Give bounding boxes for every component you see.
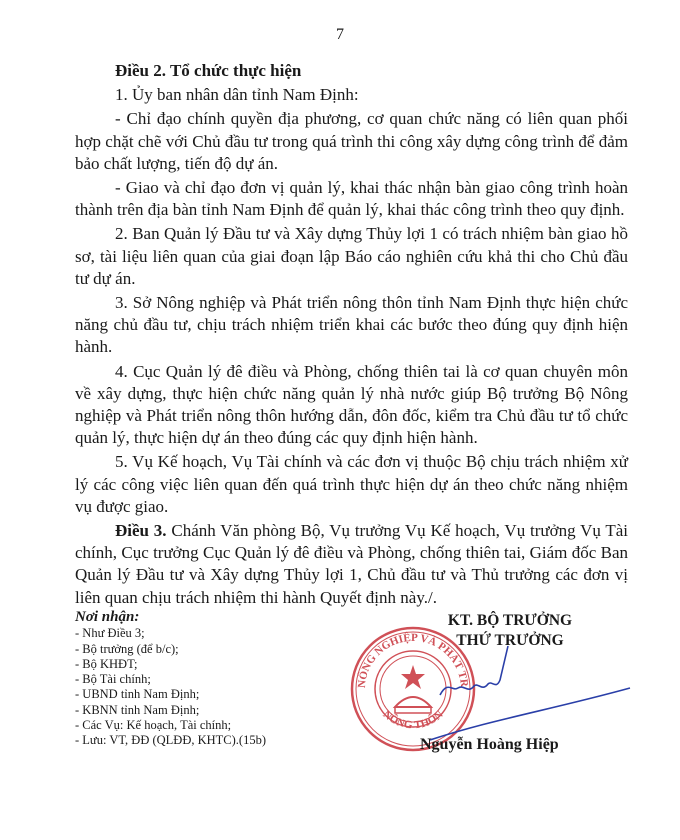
recipient-item: - Các Vụ: Kế hoạch, Tài chính;: [75, 718, 266, 733]
recipient-item: - Bộ KHĐT;: [75, 657, 266, 672]
recipients-title: Nơi nhận:: [75, 610, 266, 625]
recipient-item: - Lưu: VT, ĐĐ (QLĐĐ, KHTC).(15b): [75, 733, 266, 748]
signer-name: Nguyễn Hoàng Hiệp: [420, 736, 559, 754]
recipient-item: - Như Điều 3;: [75, 626, 266, 641]
signer-position-line1: KT. BỘ TRƯỞNG: [410, 611, 610, 631]
article-2-heading: Điều 2. Tổ chức thực hiện: [75, 60, 628, 82]
recipient-item: - UBND tỉnh Nam Định;: [75, 687, 266, 702]
paragraph: 4. Cục Quản lý đê điều và Phòng, chống t…: [75, 361, 628, 450]
document-body: Điều 2. Tổ chức thực hiện 1. Ủy ban nhân…: [75, 60, 628, 611]
signature-block: KT. BỘ TRƯỞNG THỨ TRƯỞNG: [410, 611, 610, 651]
recipients-list: Nơi nhận: - Như Điều 3; - Bộ trưởng (để …: [75, 610, 266, 749]
signer-position-line2: THỨ TRƯỞNG: [410, 631, 610, 651]
recipient-item: - Bộ trưởng (để b/c);: [75, 642, 266, 657]
paragraph: - Giao và chỉ đạo đơn vị quản lý, khai t…: [75, 177, 628, 221]
recipient-item: - KBNN tỉnh Nam Định;: [75, 703, 266, 718]
paragraph: - Chỉ đạo chính quyền địa phương, cơ qua…: [75, 108, 628, 175]
page-number: 7: [0, 26, 680, 44]
paragraph: 1. Ủy ban nhân dân tỉnh Nam Định:: [75, 84, 628, 106]
paragraph: 3. Sở Nông nghiệp và Phát triển nông thô…: [75, 292, 628, 359]
recipient-item: - Bộ Tài chính;: [75, 672, 266, 687]
paragraph: 2. Ban Quản lý Đầu tư và Xây dựng Thủy l…: [75, 223, 628, 290]
paragraph: 5. Vụ Kế hoạch, Vụ Tài chính và các đơn …: [75, 451, 628, 518]
article-3-label: Điều 3.: [115, 521, 167, 540]
article-3-paragraph: Điều 3. Chánh Văn phòng Bộ, Vụ trưởng Vụ…: [75, 520, 628, 609]
